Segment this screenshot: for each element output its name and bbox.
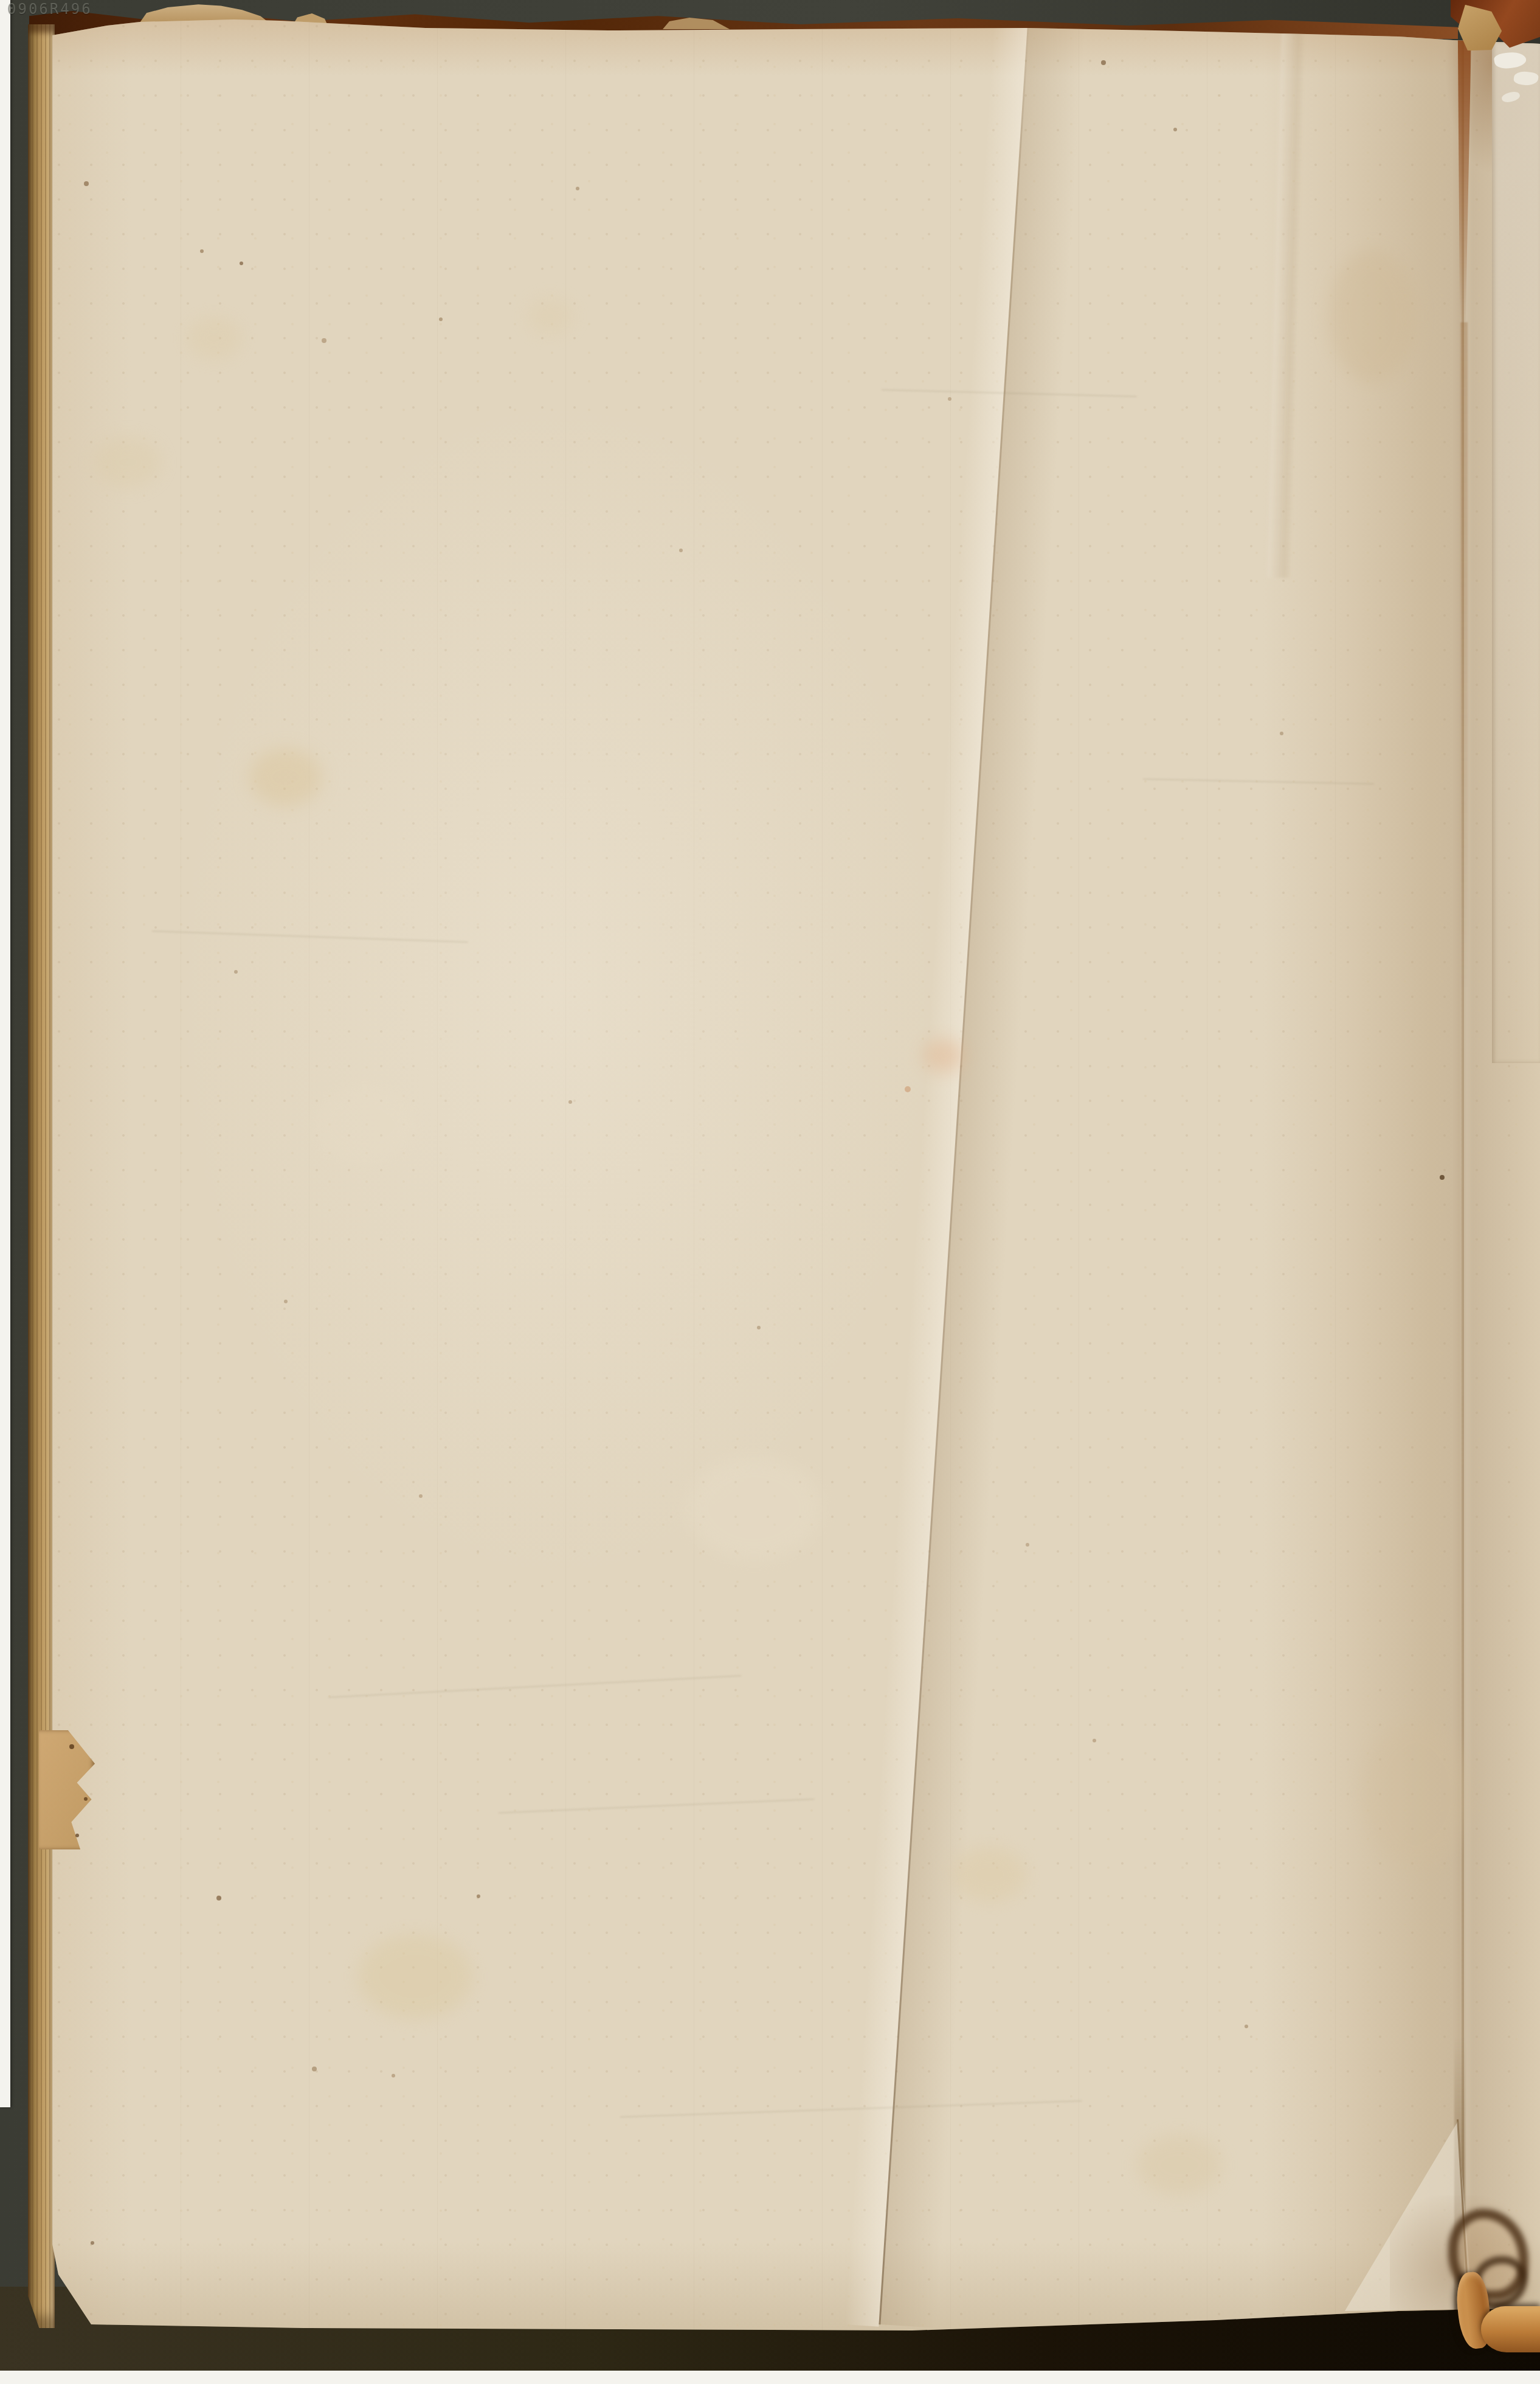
- facing-page-edge: [1492, 41, 1540, 1063]
- blank-book-page: [52, 18, 1540, 2332]
- scanbed-edge-left: [0, 0, 10, 2107]
- page-block-edge-strip: [28, 24, 55, 2328]
- rust-streak-middle: [1460, 322, 1468, 991]
- faint-fold: [1267, 30, 1306, 578]
- scan-watermark-text: 0906R496: [7, 1, 92, 17]
- scanbed-edge-bottom: [0, 2371, 1540, 2384]
- book-scan-canvas: 0906R496: [0, 0, 1540, 2384]
- leather-strap: [1481, 2306, 1540, 2352]
